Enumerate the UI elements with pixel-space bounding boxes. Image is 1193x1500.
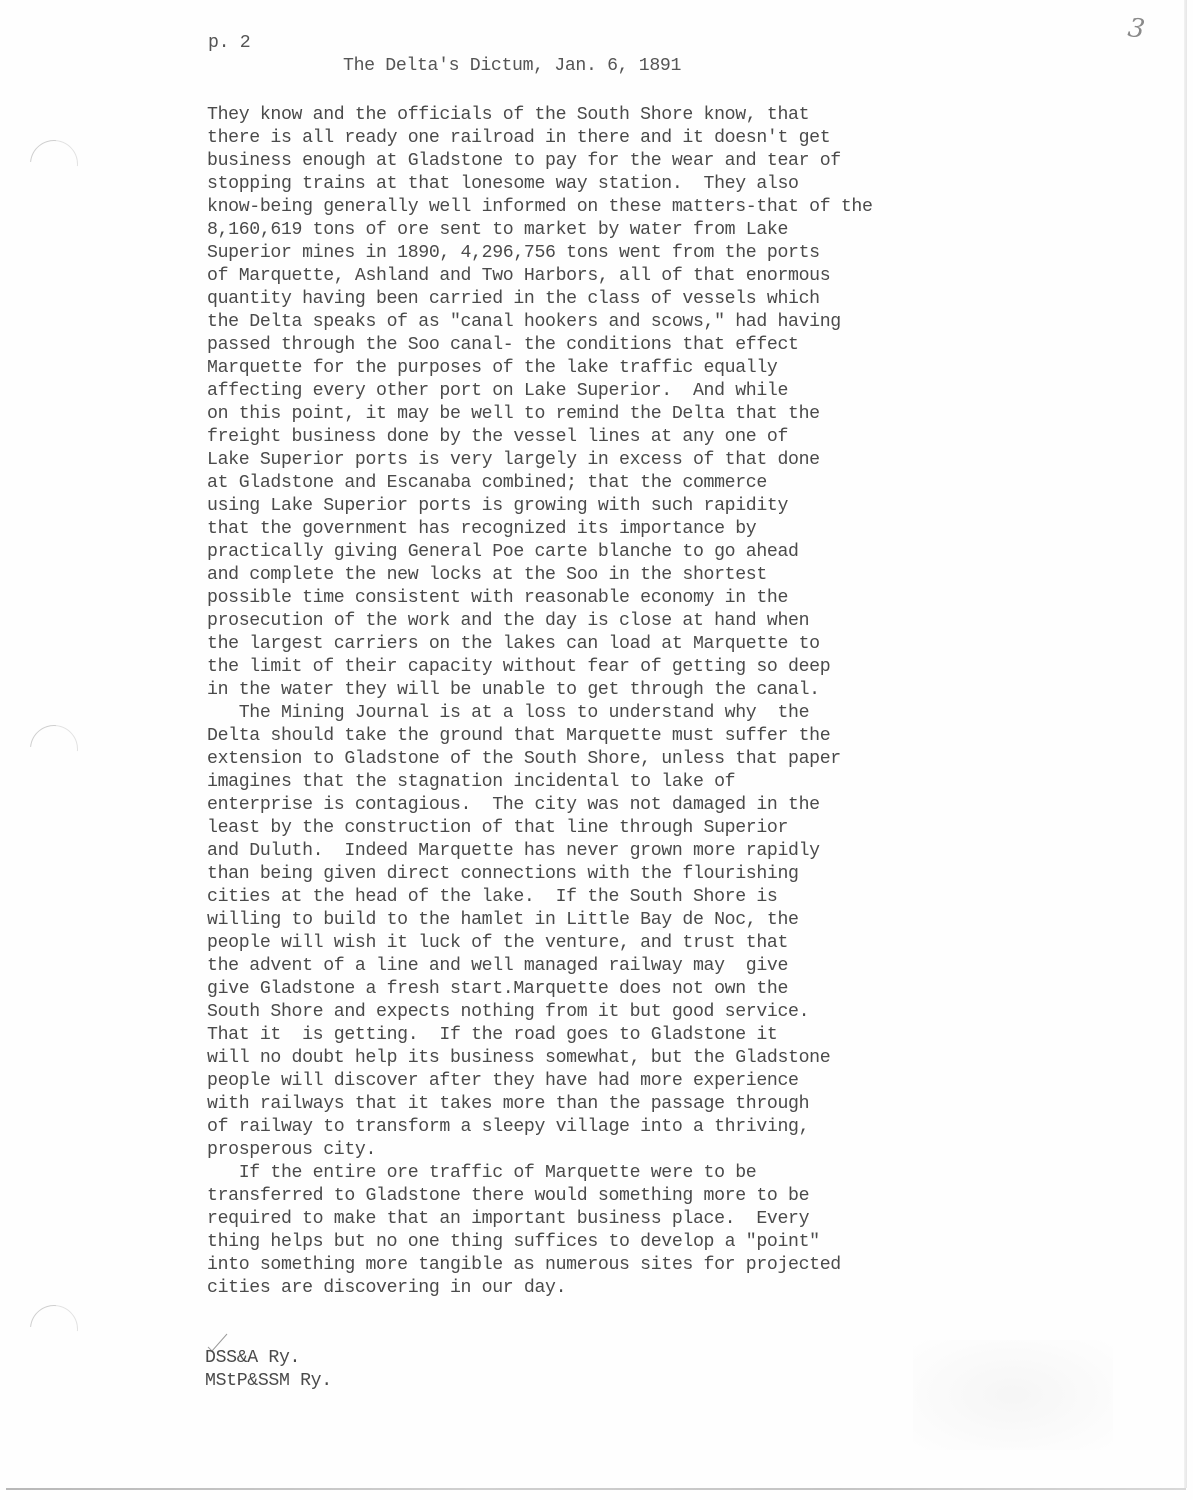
text-line: people will discover after they have had… <box>207 1070 873 1093</box>
text-line: in the water they will be unable to get … <box>207 679 873 702</box>
text-line: using Lake Superior ports is growing wit… <box>207 495 873 518</box>
page-bottom-edge <box>6 1488 1186 1490</box>
punch-hole-mark <box>20 1295 88 1363</box>
text-line: the Delta speaks of as "canal hookers an… <box>207 311 873 334</box>
text-line: and Duluth. Indeed Marquette has never g… <box>207 840 873 863</box>
text-line: possible time consistent with reasonable… <box>207 587 873 610</box>
text-line: If the entire ore traffic of Marquette w… <box>207 1162 873 1185</box>
text-line: least by the construction of that line t… <box>207 817 873 840</box>
text-line: They know and the officials of the South… <box>207 104 873 127</box>
text-line: people will wish it luck of the venture,… <box>207 932 873 955</box>
text-line: extension to Gladstone of the South Shor… <box>207 748 873 771</box>
page-header: p. 2 The Delta's Dictum, Jan. 6, 1891 <box>208 9 250 101</box>
text-line: business enough at Gladstone to pay for … <box>207 150 873 173</box>
text-line: freight business done by the vessel line… <box>207 426 873 449</box>
text-line: prosecution of the work and the day is c… <box>207 610 873 633</box>
text-line: of railway to transform a sleepy village… <box>207 1116 873 1139</box>
text-line: Delta should take the ground that Marque… <box>207 725 873 748</box>
railway-references: DSS&A Ry.MStP&SSM Ry. <box>205 1347 332 1393</box>
text-line: cities at the head of the lake. If the S… <box>207 886 873 909</box>
text-line: the largest carriers on the lakes can lo… <box>207 633 873 656</box>
page-right-edge <box>1184 0 1187 1488</box>
text-line: transferred to Gladstone there would som… <box>207 1185 873 1208</box>
text-line: with railways that it takes more than th… <box>207 1093 873 1116</box>
text-line: required to make that an important busin… <box>207 1208 873 1231</box>
punch-hole-mark <box>20 715 88 783</box>
text-line: 8,160,619 tons of ore sent to market by … <box>207 219 873 242</box>
text-line: there is all ready one railroad in there… <box>207 127 873 150</box>
text-line: and complete the new locks at the Soo in… <box>207 564 873 587</box>
text-line: imagines that the stagnation incidental … <box>207 771 873 794</box>
text-line: prosperous city. <box>207 1139 873 1162</box>
text-line: the advent of a line and well managed ra… <box>207 955 873 978</box>
text-line: cities are discovering in our day. <box>207 1277 873 1300</box>
text-line: will no doubt help its business somewhat… <box>207 1047 873 1070</box>
handwritten-folio-number: 3 <box>1126 13 1147 45</box>
text-line: Lake Superior ports is very largely in e… <box>207 449 873 472</box>
text-line: South Shore and expects nothing from it … <box>207 1001 873 1024</box>
document-title: The Delta's Dictum, Jan. 6, 1891 <box>343 55 681 78</box>
text-line: on this point, it may be well to remind … <box>207 403 873 426</box>
page-number: p. 2 <box>208 32 250 55</box>
text-line: give Gladstone a fresh start.Marquette d… <box>207 978 873 1001</box>
text-line: know-being generally well informed on th… <box>207 196 873 219</box>
document-page: p. 2 The Delta's Dictum, Jan. 6, 1891 3 … <box>0 0 1193 1500</box>
text-line: than being given direct connections with… <box>207 863 873 886</box>
text-line: into something more tangible as numerous… <box>207 1254 873 1277</box>
reference-line: MStP&SSM Ry. <box>205 1370 332 1393</box>
text-line: passed through the Soo canal- the condit… <box>207 334 873 357</box>
text-line: thing helps but no one thing suffices to… <box>207 1231 873 1254</box>
text-line: That it is getting. If the road goes to … <box>207 1024 873 1047</box>
punch-hole-mark <box>20 130 88 198</box>
text-line: Superior mines in 1890, 4,296,756 tons w… <box>207 242 873 265</box>
text-line: The Mining Journal is at a loss to under… <box>207 702 873 725</box>
text-line: of Marquette, Ashland and Two Harbors, a… <box>207 265 873 288</box>
text-line: enterprise is contagious. The city was n… <box>207 794 873 817</box>
text-line: quantity having been carried in the clas… <box>207 288 873 311</box>
reference-line: DSS&A Ry. <box>205 1347 332 1370</box>
text-line: Marquette for the purposes of the lake t… <box>207 357 873 380</box>
text-line: stopping trains at that lonesome way sta… <box>207 173 873 196</box>
article-body: They know and the officials of the South… <box>207 104 873 1300</box>
text-line: willing to build to the hamlet in Little… <box>207 909 873 932</box>
scan-smudge <box>913 1340 1113 1450</box>
text-line: at Gladstone and Escanaba combined; that… <box>207 472 873 495</box>
text-line: that the government has recognized its i… <box>207 518 873 541</box>
text-line: affecting every other port on Lake Super… <box>207 380 873 403</box>
text-line: the limit of their capacity without fear… <box>207 656 873 679</box>
text-line: practically giving General Poe carte bla… <box>207 541 873 564</box>
